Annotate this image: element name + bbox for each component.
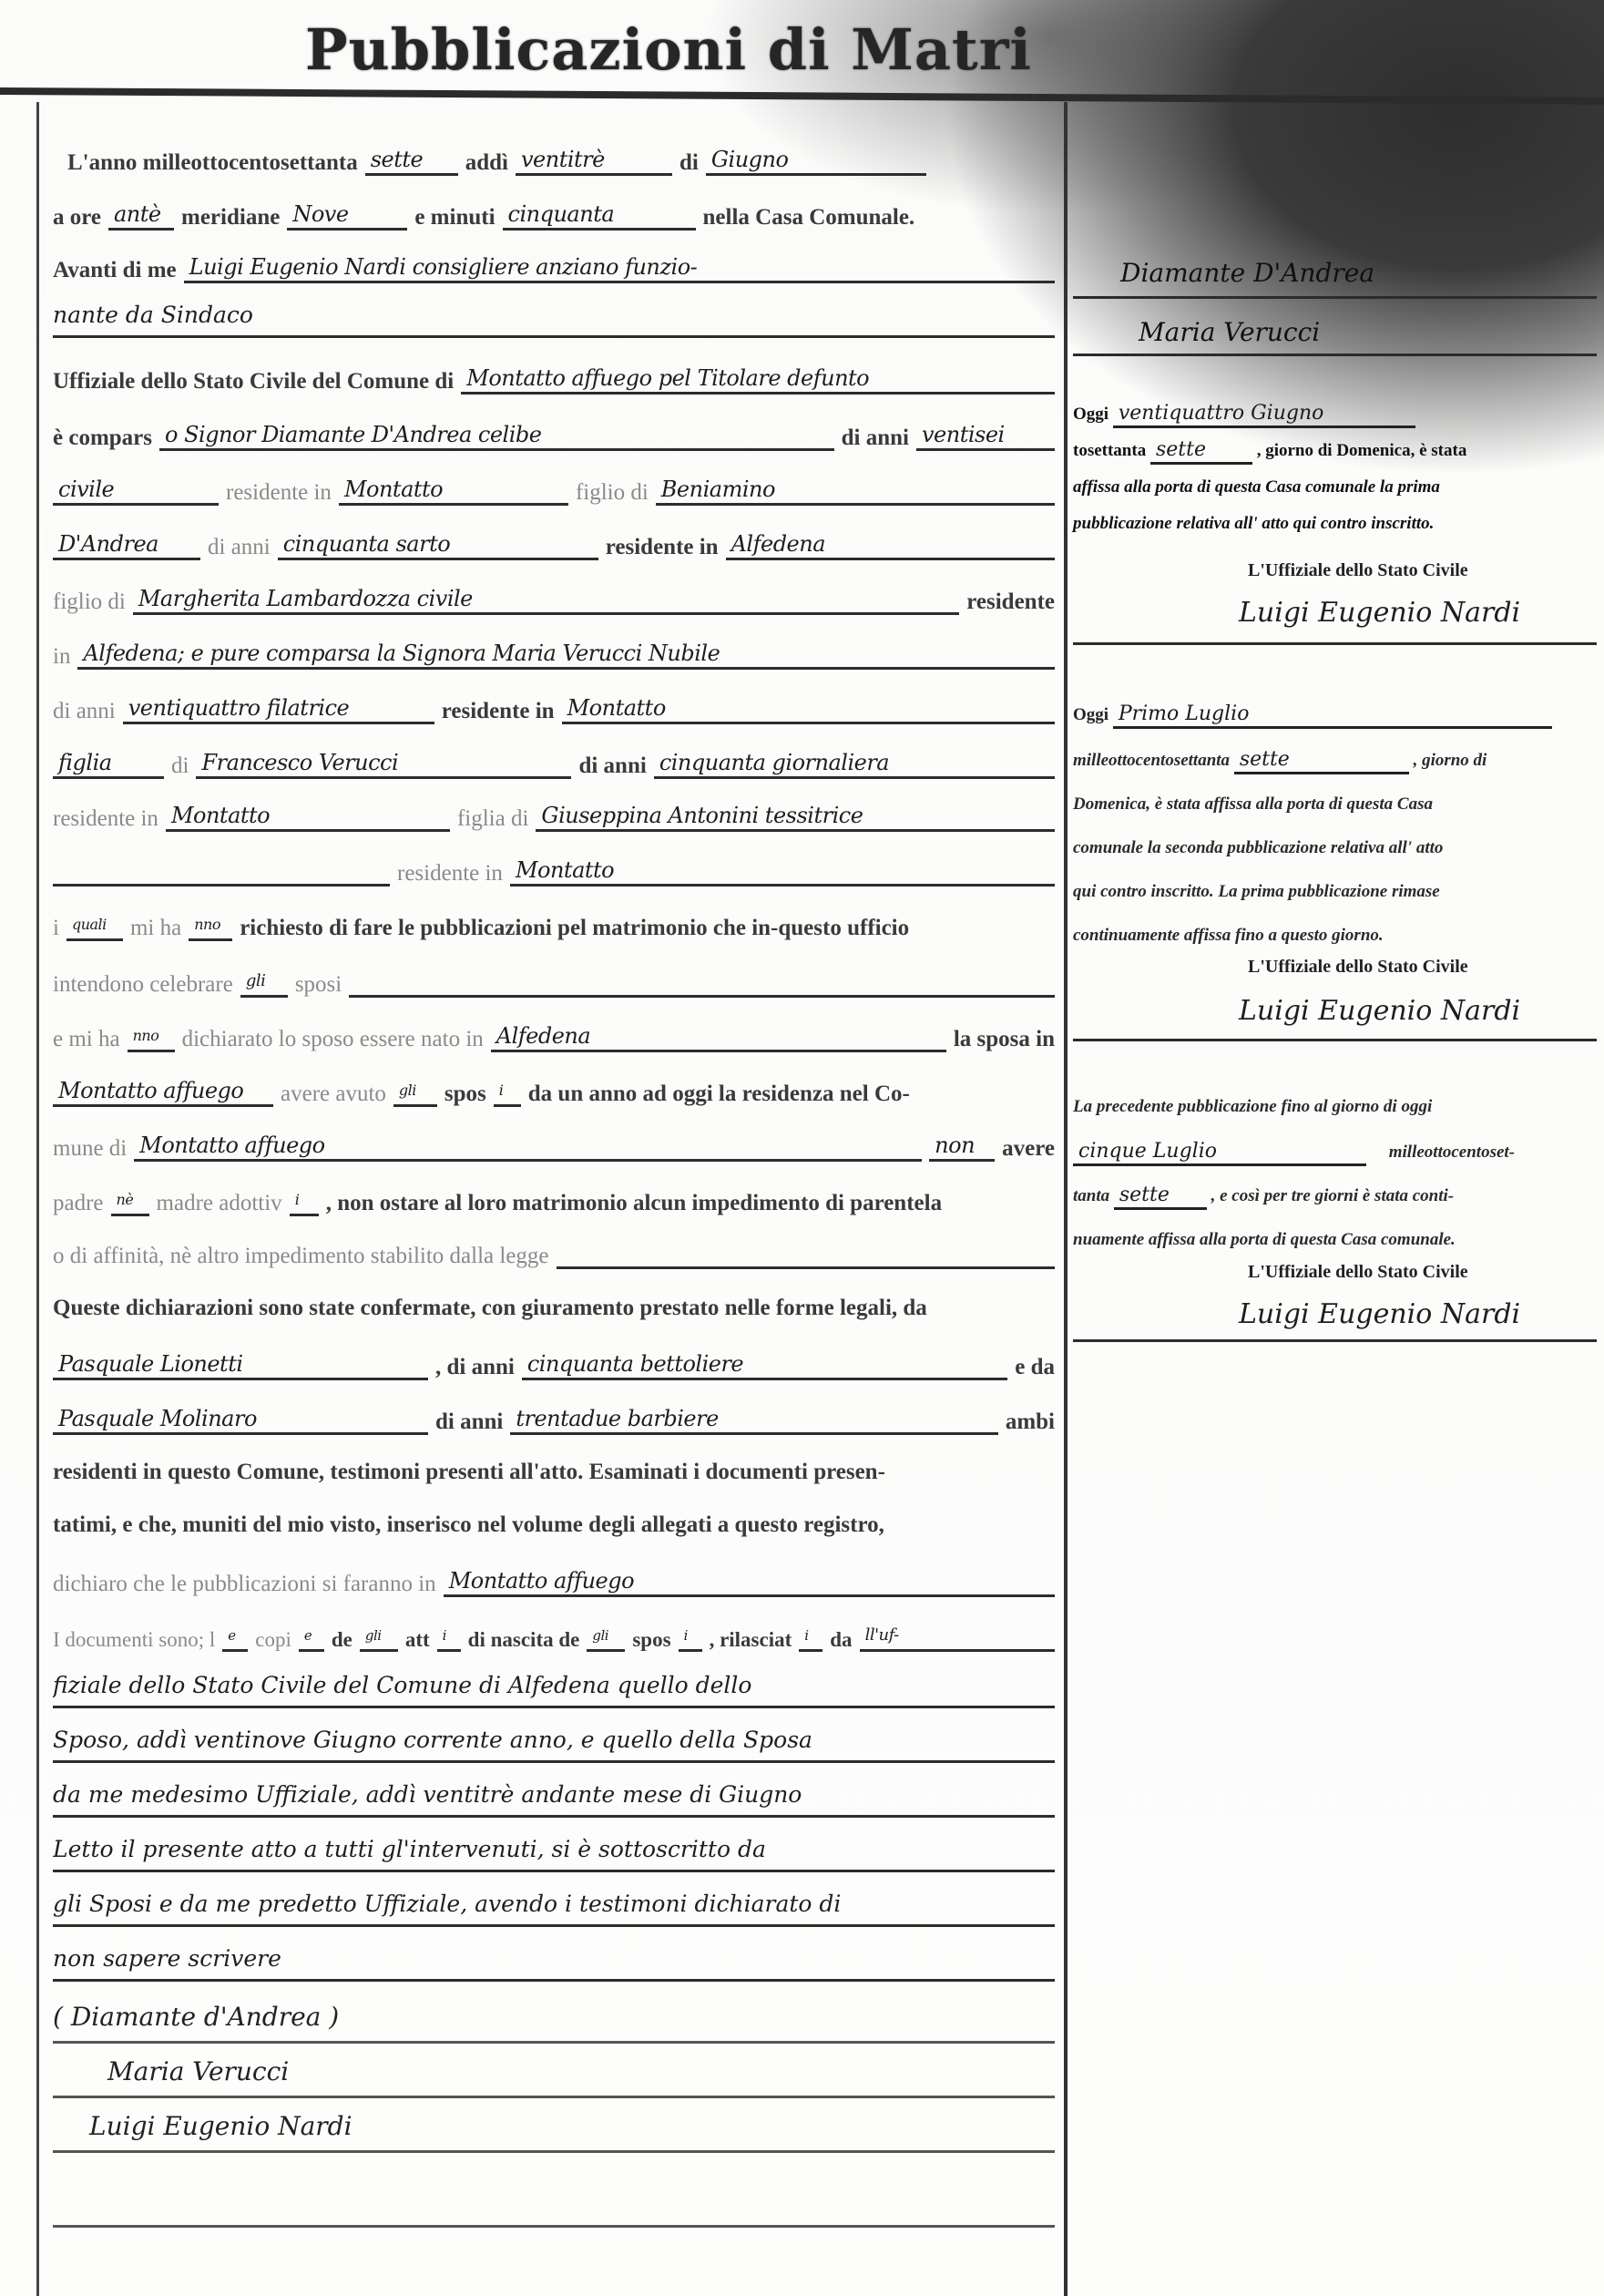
field-groom-age: ventisei bbox=[916, 421, 1055, 451]
notice3-line3: tanta sette , e così per tre giorni è st… bbox=[1073, 1183, 1597, 1210]
label-mi-ha: mi ha bbox=[130, 916, 181, 941]
form-line-bride-age: di anni ventiquattro filatrice residente… bbox=[53, 694, 1055, 724]
notice3-date: cinque Luglio bbox=[1073, 1140, 1366, 1166]
label-mune-di: mune di bbox=[53, 1136, 127, 1162]
field-nno: nno bbox=[128, 1022, 175, 1052]
label-avere-avuto: avere avuto bbox=[281, 1081, 386, 1107]
field-groom-father-age: cinquanta sarto bbox=[278, 530, 598, 560]
form-line-birthplace: e mi ha nno dichiarato lo sposo essere n… bbox=[53, 1022, 1055, 1052]
notice1-line2: tosettanta sette , giorno di Domenica, è… bbox=[1073, 437, 1597, 465]
label-di: di bbox=[171, 753, 189, 779]
label-minuti: e minuti bbox=[414, 205, 495, 231]
form-line-bride-father: figlia di Francesco Verucci di anni cinq… bbox=[53, 749, 1055, 779]
notice1-line1: Oggi ventiquattro Giugno bbox=[1073, 401, 1597, 428]
notice1-text3: pubblicazione relativa all' atto qui con… bbox=[1073, 510, 1597, 538]
signature-groom: ( Diamante d'Andrea ) bbox=[53, 1994, 1055, 2044]
field-officer-name: Luigi Eugenio Nardi consigliere anziano … bbox=[184, 253, 1055, 283]
field-groom-profession: civile bbox=[53, 476, 219, 506]
field-groom-name: o Signor Diamante D'Andrea celibe bbox=[159, 421, 834, 451]
field-nno: nno bbox=[189, 911, 232, 941]
field-bride-residence: Montatto bbox=[562, 694, 1055, 724]
field-e: e bbox=[299, 1622, 324, 1652]
label-e-da: e da bbox=[1015, 1355, 1055, 1380]
label-tanta: tanta bbox=[1073, 1186, 1109, 1205]
label-di-anni: di anni bbox=[53, 699, 116, 724]
label-residente-in: residente in bbox=[226, 480, 332, 506]
notice3-text3: nuamente affissa alla porta di questa Ca… bbox=[1073, 1226, 1597, 1254]
form-line-visto: tatimi, e che, muniti del mio visto, ins… bbox=[53, 1512, 1055, 1538]
field-e: e bbox=[222, 1622, 248, 1652]
field-groom-father-residence: Alfedena bbox=[726, 530, 1055, 560]
field-ante: antè bbox=[108, 200, 174, 231]
notice1-year: sette bbox=[1150, 438, 1252, 465]
notice1-text2: affissa alla porta di questa Casa comuna… bbox=[1073, 474, 1597, 501]
field-hour: Nove bbox=[287, 200, 407, 231]
label-residente-in: residente in bbox=[397, 861, 503, 887]
form-line-publication-place: dichiaro che le pubblicazioni si faranno… bbox=[53, 1567, 1055, 1597]
label-visto: tatimi, e che, muniti del mio visto, ins… bbox=[53, 1512, 884, 1538]
label-di-anni: , di anni bbox=[435, 1355, 515, 1380]
label-non-ostare: , non ostare al loro matrimonio alcun im… bbox=[326, 1191, 942, 1216]
label-spos: spos bbox=[632, 1628, 670, 1652]
label-copi: copi bbox=[255, 1628, 291, 1652]
label-year-prefix: tosettanta bbox=[1073, 441, 1146, 460]
label-intendono: intendono celebrare bbox=[53, 972, 233, 998]
field-bride-father-age: cinquanta giornaliera bbox=[654, 749, 1055, 779]
field-groom-father-surname: D'Andrea bbox=[53, 530, 200, 560]
label-di-anni: di anni bbox=[842, 425, 909, 451]
form-line-documents: I documenti sono; l e copi e de gli att … bbox=[53, 1622, 1055, 1652]
field-groom-mother: Margherita Lambardozza civile bbox=[133, 585, 959, 615]
form-line-witness2: Pasquale Molinaro di anni trentadue barb… bbox=[53, 1405, 1055, 1435]
field-groom-residence: Montatto bbox=[339, 476, 568, 506]
notice3-year: sette bbox=[1114, 1184, 1207, 1210]
field-bride-name: Alfedena; e pure comparsa la Signora Mar… bbox=[77, 640, 1055, 670]
notice2-date: Primo Luglio bbox=[1113, 702, 1552, 729]
notice3-signature: Luigi Eugenio Nardi bbox=[1239, 1298, 1603, 1330]
field-gli: gli bbox=[360, 1622, 398, 1652]
field-witness1-age: cinquanta bettoliere bbox=[522, 1350, 1007, 1380]
form-line-year: L'anno milleottocentosettanta sette addì… bbox=[53, 146, 1055, 176]
form-line-bride: in Alfedena; e pure comparsa la Signora … bbox=[53, 640, 1055, 670]
notice2-officer-title: L'Uffiziale dello Stato Civile bbox=[1248, 957, 1468, 978]
label-comune: Uffiziale dello Stato Civile del Comune … bbox=[53, 369, 454, 395]
label-residente-in: residente in bbox=[606, 535, 719, 560]
field-month: Giugno bbox=[706, 146, 926, 176]
label-year-prefix: milleottocentosettanta bbox=[1073, 751, 1230, 770]
label-di-anni: di anni bbox=[208, 535, 271, 560]
notice2-text3: comunale la seconda pubblicazione relati… bbox=[1073, 835, 1597, 862]
label-ore: a ore bbox=[53, 205, 101, 231]
label-figlio-di: figlio di bbox=[576, 480, 649, 506]
signature-bride: Maria Verucci bbox=[53, 2048, 1055, 2098]
label-da: da bbox=[830, 1628, 852, 1652]
label-residenza: da un anno ad oggi la residenza nel Co- bbox=[528, 1081, 910, 1107]
notice2-text5: continuamente affissa fino a questo gior… bbox=[1073, 922, 1597, 949]
form-line-groom-res: civile residente in Montatto figlio di B… bbox=[53, 476, 1055, 506]
label-figlia-di: figlia di bbox=[457, 806, 528, 832]
form-line-bride-mother-res: residente in Montatto bbox=[53, 856, 1055, 887]
form-line-request: i quali mi ha nno richiesto di fare le p… bbox=[53, 911, 1055, 941]
form-line-bride-mother: residente in Montatto figlia di Giuseppi… bbox=[53, 802, 1055, 832]
field-i: i bbox=[290, 1186, 319, 1216]
field-bride-father: Francesco Verucci bbox=[196, 749, 571, 779]
label-oggi: Oggi bbox=[1073, 705, 1108, 724]
label-richiesto: richiesto di fare le pubblicazioni pel m… bbox=[240, 916, 909, 941]
field-bride-mother: Giuseppina Antonini tessitrice bbox=[536, 802, 1055, 832]
form-line-intend: intendono celebrare gli sposi bbox=[53, 968, 1055, 998]
form-line-time: a ore antè meridiane Nove e minuti cinqu… bbox=[53, 200, 1055, 231]
notice3-line2: cinque Luglio milleottocentoset- bbox=[1073, 1139, 1597, 1166]
notice1-officer-title: L'Uffiziale dello Stato Civile bbox=[1248, 560, 1468, 581]
form-line-officer: Avanti di me Luigi Eugenio Nardi consigl… bbox=[53, 253, 1055, 283]
field-dall-uf: ll'uf- bbox=[860, 1622, 1055, 1652]
field-comune-residence: Montatto affuego bbox=[134, 1132, 922, 1162]
notice2-signature: Luigi Eugenio Nardi bbox=[1239, 995, 1603, 1027]
label-di-anni: di anni bbox=[578, 753, 646, 779]
label-affinita: o di affinità, nè altro impedimento stab… bbox=[53, 1244, 549, 1269]
field-bride-mother-residence: Montatto bbox=[510, 856, 1055, 887]
label-di-anni: di anni bbox=[435, 1409, 503, 1435]
label-figlio-di: figlio di bbox=[53, 589, 126, 615]
field-groom-birthplace: Alfedena bbox=[491, 1022, 946, 1052]
handwritten-line-3: da me medesimo Uffiziale, addì ventitrè … bbox=[53, 1775, 1055, 1818]
label-year-prefix: milleottocentoset- bbox=[1389, 1143, 1515, 1162]
field-publication-place: Montatto affuego bbox=[444, 1567, 1055, 1597]
form-line-witness1: Pasquale Lionetti , di anni cinquanta be… bbox=[53, 1350, 1055, 1380]
document-title: Pubblicazioni di Matri bbox=[305, 16, 1032, 83]
right-rule bbox=[1073, 1039, 1597, 1041]
field-witness2-age: trentadue barbiere bbox=[510, 1405, 997, 1435]
field-groom-father: Beniamino bbox=[656, 476, 1055, 506]
blank-line bbox=[53, 2250, 1055, 2296]
label-de: de bbox=[332, 1628, 352, 1652]
handwritten-line-1: fiziale dello Stato Civile del Comune di… bbox=[53, 1666, 1055, 1708]
notice3-text2: , e così per tre giorni è stata conti- bbox=[1211, 1186, 1455, 1205]
blank-rule bbox=[349, 969, 1055, 998]
form-line-comune-res: mune di Montatto affuego non avere bbox=[53, 1132, 1055, 1162]
field-figlia: figlia bbox=[53, 749, 164, 779]
signature-officer: Luigi Eugenio Nardi bbox=[53, 2103, 1055, 2153]
field-comune: Montatto affuego pel Titolare defunto bbox=[461, 364, 1055, 395]
field-minutes: cinquanta bbox=[503, 200, 696, 231]
label-i: i bbox=[53, 916, 59, 941]
notice1-signature: Luigi Eugenio Nardi bbox=[1239, 597, 1603, 629]
label-residente-in: residente in bbox=[53, 806, 158, 832]
label-sposi: sposi bbox=[295, 972, 342, 998]
form-line-residents: residenti in questo Comune, testimoni pr… bbox=[53, 1460, 1055, 1485]
field-i: i bbox=[799, 1622, 822, 1652]
notice2-text2: Domenica, è stata affissa alla porta di … bbox=[1073, 791, 1597, 818]
label-oggi: Oggi bbox=[1073, 405, 1108, 424]
field-i: i bbox=[679, 1622, 702, 1652]
label-residenti: residenti in questo Comune, testimoni pr… bbox=[53, 1460, 885, 1485]
header-name-groom: Diamante D'Andrea bbox=[1120, 260, 1604, 287]
notice1-text1: , giorno di Domenica, è stata bbox=[1257, 441, 1467, 460]
notice2-line2: milleottocentosettanta sette , giorno di bbox=[1073, 747, 1597, 774]
label-spos: spos bbox=[444, 1081, 486, 1107]
notice2-text4: qui contro inscritto. La prima pubblicaz… bbox=[1073, 878, 1597, 906]
label-pubblicazioni-in: dichiaro che le pubblicazioni si faranno… bbox=[53, 1572, 436, 1597]
header-name-bride: Maria Verucci bbox=[1139, 319, 1604, 346]
field-gli: gli bbox=[587, 1622, 625, 1652]
form-line-affinity: o di affinità, nè altro impedimento stab… bbox=[53, 1241, 1055, 1269]
label-avere: avere bbox=[1002, 1136, 1055, 1162]
field-i: i bbox=[437, 1622, 461, 1652]
blank-rule bbox=[53, 858, 390, 887]
field-bride-birthplace: Montatto affuego bbox=[53, 1077, 273, 1107]
form-line-groom-father: D'Andrea di anni cinquanta sarto residen… bbox=[53, 530, 1055, 560]
label-di: di bbox=[679, 150, 699, 176]
notice2-line1: Oggi Primo Luglio bbox=[1073, 702, 1597, 729]
label-dichiarazioni: Queste dichiarazioni sono state conferma… bbox=[53, 1296, 927, 1321]
label-att: att bbox=[405, 1628, 430, 1652]
field-non: non bbox=[929, 1132, 995, 1162]
field-bride-father-residence: Montatto bbox=[166, 802, 450, 832]
label-residente: residente bbox=[966, 589, 1055, 615]
right-rule bbox=[1073, 1339, 1597, 1342]
label-casa-comunale: nella Casa Comunale. bbox=[703, 205, 915, 231]
label-addi: addì bbox=[465, 150, 508, 176]
label-rilasciat: , rilasciat bbox=[710, 1628, 792, 1652]
right-rule bbox=[1073, 354, 1597, 356]
field-gli: gli bbox=[393, 1077, 437, 1107]
field-quali: quali bbox=[66, 911, 123, 941]
label-dichiarato: dichiarato lo sposo essere nato in bbox=[182, 1027, 484, 1052]
notice3-text1: La precedente pubblicazione fino al gior… bbox=[1073, 1093, 1597, 1121]
notice2-year: sette bbox=[1234, 748, 1409, 774]
form-line-groom: è compars o Signor Diamante D'Andrea cel… bbox=[53, 421, 1055, 451]
handwritten-line-5: gli Sposi e da me predetto Uffiziale, av… bbox=[53, 1884, 1055, 1927]
blank-rule bbox=[557, 1241, 1055, 1269]
label-ambi: ambi bbox=[1006, 1409, 1055, 1435]
form-line-groom-mother: figlio di Margherita Lambardozza civile … bbox=[53, 585, 1055, 615]
notice3-officer-title: L'Uffiziale dello Stato Civile bbox=[1248, 1262, 1468, 1283]
field-year: sette bbox=[365, 146, 458, 176]
label-comparso: è compars bbox=[53, 425, 152, 451]
form-line-impediment: padre nè madre adottiv i , non ostare al… bbox=[53, 1186, 1055, 1216]
blank-line bbox=[53, 2178, 1055, 2228]
handwritten-line-4: Letto il presente atto a tutti gl'interv… bbox=[53, 1830, 1055, 1872]
label-year: L'anno milleottocentosettanta bbox=[67, 150, 358, 176]
notice2-text1: , giorno di bbox=[1414, 751, 1487, 770]
label-la-sposa-in: la sposa in bbox=[954, 1027, 1055, 1052]
label-avanti-di-me: Avanti di me bbox=[53, 258, 177, 283]
field-ne: nè bbox=[111, 1186, 149, 1216]
right-rule bbox=[1073, 296, 1597, 299]
label-residente-in: residente in bbox=[442, 699, 555, 724]
right-rule bbox=[1073, 642, 1597, 645]
field-witness1-name: Pasquale Lionetti bbox=[53, 1350, 428, 1380]
field-day: ventitrè bbox=[516, 146, 672, 176]
label-madre-adottiv: madre adottiv bbox=[157, 1191, 282, 1216]
field-i: i bbox=[494, 1077, 521, 1107]
form-line-oath: Queste dichiarazioni sono state conferma… bbox=[53, 1296, 1055, 1321]
field-gli: gli bbox=[240, 968, 288, 998]
label-mi-ha: e mi ha bbox=[53, 1027, 120, 1052]
notice1-date: ventiquattro Giugno bbox=[1113, 402, 1415, 428]
label-padre: padre bbox=[53, 1191, 104, 1216]
field-witness2-name: Pasquale Molinaro bbox=[53, 1405, 428, 1435]
label-meridiane: meridiane bbox=[181, 205, 280, 231]
handwritten-line-6: non sapere scrivere bbox=[53, 1939, 1055, 1982]
label-documenti: I documenti sono; l bbox=[53, 1628, 215, 1652]
handwritten-line-2: Sposo, addì ventinove Giugno corrente an… bbox=[53, 1720, 1055, 1763]
label-nascita: di nascita de bbox=[468, 1628, 580, 1652]
field-officer-role: nante da Sindaco bbox=[53, 295, 1055, 338]
label-in: in bbox=[53, 644, 70, 670]
form-line-residence: Montatto affuego avere avuto gli spos i … bbox=[53, 1077, 1055, 1107]
form-line-comune: Uffiziale dello Stato Civile del Comune … bbox=[53, 364, 1055, 395]
field-bride-age: ventiquattro filatrice bbox=[123, 694, 434, 724]
